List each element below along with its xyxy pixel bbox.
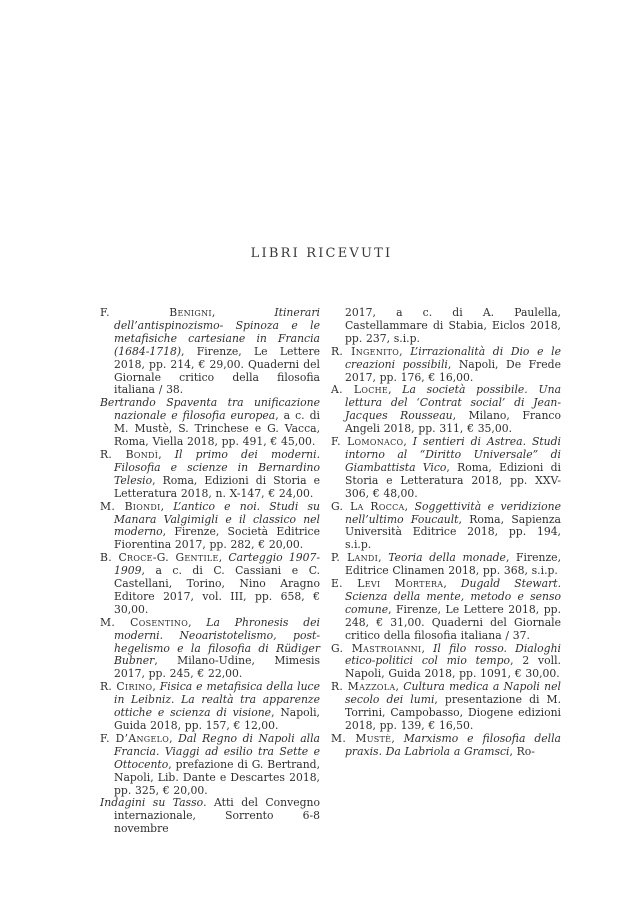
bibliography-entry: R. Mazzola, Cultura medica a Napoli nel … bbox=[331, 681, 561, 733]
bibliography-entry: R. Cirino, Fisica e metafisica della luc… bbox=[100, 681, 320, 733]
author-name: M. Cosentino bbox=[100, 616, 188, 629]
author-name: F. Benigni bbox=[100, 306, 212, 319]
publication-info: , bbox=[421, 642, 433, 655]
publication-info: , bbox=[158, 448, 175, 461]
bibliography-entry: R. Ingenito, L’irrazionalità di Dio e le… bbox=[331, 346, 561, 385]
publication-info: , bbox=[405, 500, 415, 513]
publication-info: , bbox=[212, 306, 275, 319]
author-name: P. Landi bbox=[331, 551, 378, 564]
bibliography-entry: G. Mastroianni, Il filo rosso. Dialoghi … bbox=[331, 643, 561, 682]
publication-info: , bbox=[152, 680, 159, 693]
author-name: G. La Rocca bbox=[331, 500, 405, 513]
publication-info: , bbox=[391, 732, 403, 745]
publication-info: , a c. di C. Cassiani e C. Castellani, T… bbox=[114, 564, 320, 616]
bibliography-entry: M. Mustè, Marxismo e filosofia della pra… bbox=[331, 733, 561, 759]
work-title: Indagini su Tasso bbox=[100, 796, 203, 809]
publication-info: , bbox=[188, 616, 206, 629]
author-name: R. Cirino bbox=[100, 680, 152, 693]
left-column: F. Benigni, Itinerari dell’antispinozism… bbox=[100, 307, 320, 836]
bibliography-entry: G. La Rocca, Soggettività e veridizione … bbox=[331, 501, 561, 553]
publication-info: , bbox=[219, 551, 229, 564]
bibliography-entry: M. Cosentino, La Phronesis dei moderni. … bbox=[100, 617, 320, 682]
books-received-list: F. Benigni, Itinerari dell’antispinozism… bbox=[100, 307, 561, 836]
author-name: M. Mustè bbox=[331, 732, 391, 745]
bibliography-entry: 2017, a c. di A. Paulella, Castellammare… bbox=[331, 307, 561, 346]
bibliography-entry: Indagini su Tasso. Atti del Convegno int… bbox=[100, 797, 320, 836]
bibliography-entry: P. Landi, Teoria della monade, Firenze, … bbox=[331, 552, 561, 578]
author-name: R. Ingenito bbox=[331, 345, 399, 358]
bibliography-entry: F. Benigni, Itinerari dell’antispinozism… bbox=[100, 307, 320, 397]
page-title: LIBRI RICEVUTI bbox=[0, 246, 643, 261]
bibliography-entry: E. Levi Mortera, Dugald Stewart. Scienza… bbox=[331, 578, 561, 643]
author-name: R. Bondì bbox=[100, 448, 158, 461]
journal-page: LIBRI RICEVUTI F. Benigni, Itinerari del… bbox=[0, 0, 643, 907]
bibliography-entry: B. Croce-G. Gentile, Carteggio 1907-1909… bbox=[100, 552, 320, 617]
author-name: R. Mazzola bbox=[331, 680, 395, 693]
publication-info: , Ro- bbox=[510, 745, 535, 758]
bibliography-entry: R. Bondì, Il primo dei moderni. Filosofi… bbox=[100, 449, 320, 501]
right-column: 2017, a c. di A. Paulella, Castellammare… bbox=[331, 307, 561, 759]
author-name: B. Croce-G. Gentile bbox=[100, 551, 219, 564]
author-name: F. Lomonaco bbox=[331, 435, 403, 448]
work-title: Teoria della monade bbox=[388, 551, 506, 564]
author-name: F. D’Angelo bbox=[100, 732, 169, 745]
author-name: G. Mastroianni bbox=[331, 642, 421, 655]
bibliography-entry: F. Lomonaco, I sentieri di Astrea. Studi… bbox=[331, 436, 561, 501]
publication-info: , bbox=[378, 551, 388, 564]
publication-info: , bbox=[443, 577, 461, 590]
author-name: M. Biondi bbox=[100, 500, 161, 513]
publication-info: , bbox=[403, 435, 412, 448]
publication-info: , bbox=[169, 732, 178, 745]
bibliography-entry: M. Biondi, L’antico e noi. Studi su Mana… bbox=[100, 501, 320, 553]
publication-info: , bbox=[161, 500, 174, 513]
author-name: E. Levi Mortera bbox=[331, 577, 443, 590]
publication-info: , bbox=[399, 345, 410, 358]
publication-info: 2017, a c. di A. Paulella, Castellammare… bbox=[345, 306, 561, 345]
bibliography-entry: F. D’Angelo, Dal Regno di Napoli alla Fr… bbox=[100, 733, 320, 798]
bibliography-entry: Bertrando Spaventa tra unificazione nazi… bbox=[100, 397, 320, 449]
author-name: A. Loche bbox=[331, 383, 388, 396]
publication-info: , bbox=[388, 383, 402, 396]
bibliography-entry: A. Loche, La società possibile. Una lett… bbox=[331, 384, 561, 436]
